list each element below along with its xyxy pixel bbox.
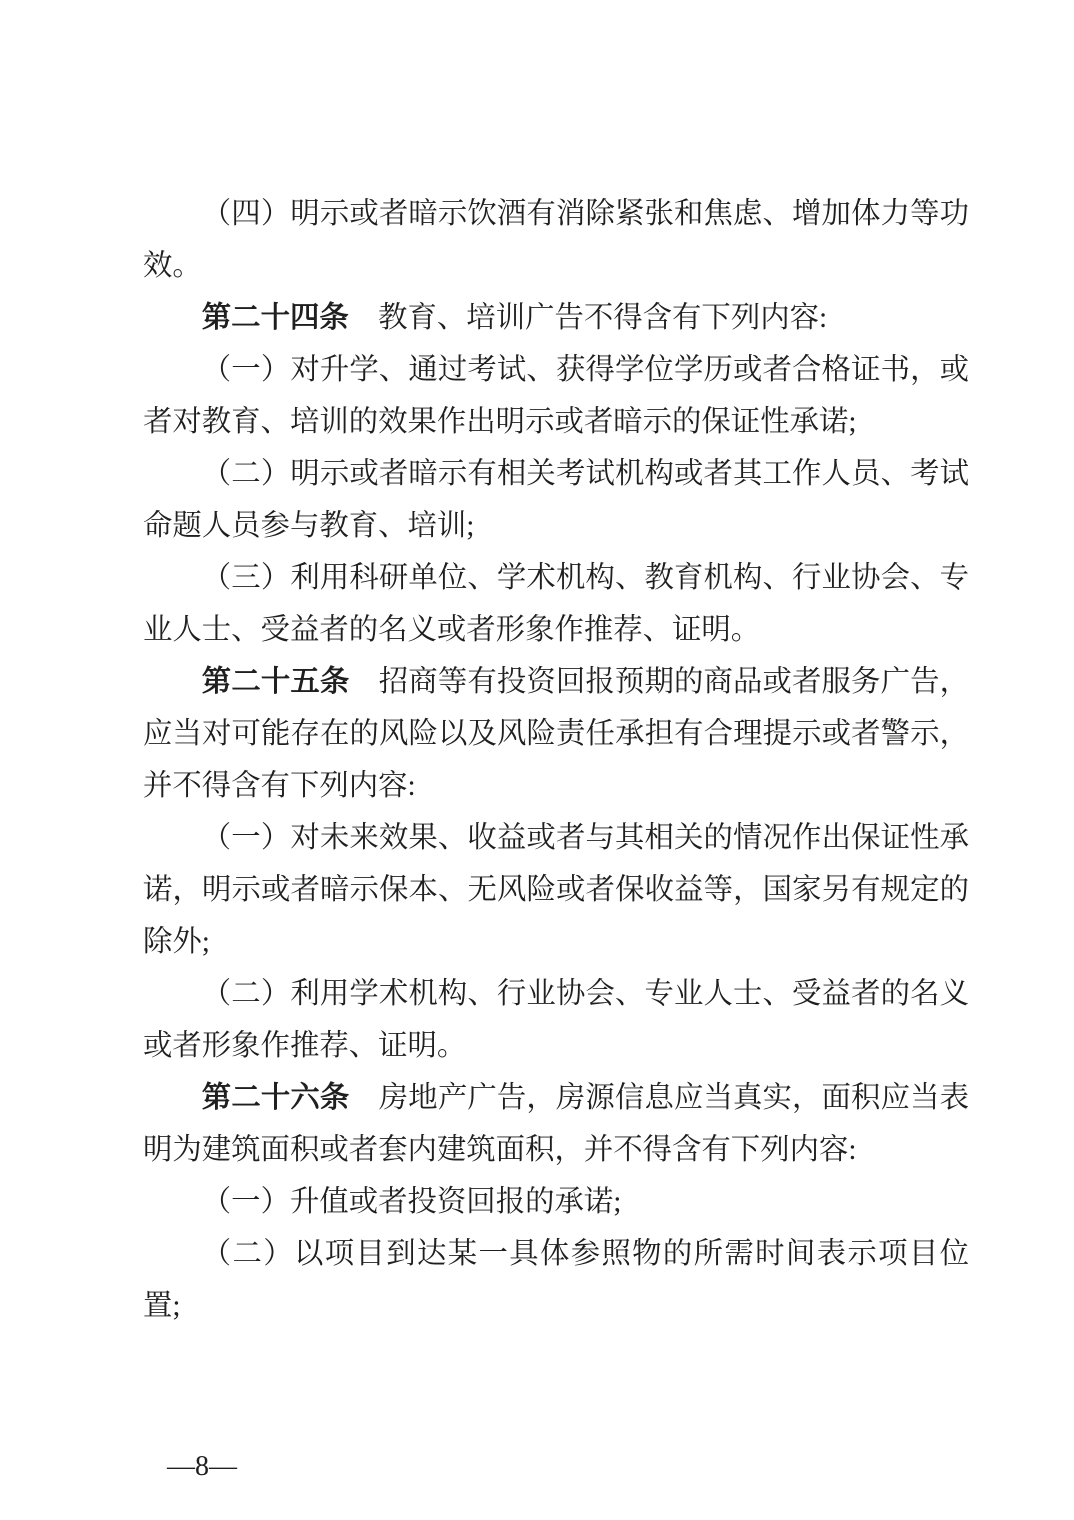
paragraph-text: （一）对升学、通过考试、获得学位学历或者合格证书，或者对教育、培训的效果作出明示… — [143, 354, 969, 438]
paragraph: （三）利用科研单位、学术机构、教育机构、行业协会、专业人士、受益者的名义或者形象… — [143, 552, 969, 656]
paragraph: （一）对未来效果、收益或者与其相关的情况作出保证性承诺，明示或者暗示保本、无风险… — [143, 812, 969, 968]
document-page: （四）明示或者暗示饮酒有消除紧张和焦虑、增加体力等功效。 第二十四条教育、培训广… — [0, 0, 1074, 1520]
paragraph: （二）明示或者暗示有相关考试机构或者其工作人员、考试命题人员参与教育、培训; — [143, 448, 969, 552]
paragraph: 第二十四条教育、培训广告不得含有下列内容: — [143, 292, 969, 344]
paragraph: （一）对升学、通过考试、获得学位学历或者合格证书，或者对教育、培训的效果作出明示… — [143, 344, 969, 448]
paragraph: 第二十六条房地产广告，房源信息应当真实，面积应当表明为建筑面积或者套内建筑面积，… — [143, 1072, 969, 1176]
paragraph-text: （四）明示或者暗示饮酒有消除紧张和焦虑、增加体力等功效。 — [143, 198, 969, 282]
paragraph: （四）明示或者暗示饮酒有消除紧张和焦虑、增加体力等功效。 — [143, 188, 969, 292]
paragraph-text: 教育、培训广告不得含有下列内容: — [378, 302, 827, 334]
page-number: —8— — [167, 1451, 237, 1483]
paragraph: 第二十五条招商等有投资回报预期的商品或者服务广告，应当对可能存在的风险以及风险责… — [143, 656, 969, 812]
paragraph-text: （一）对未来效果、收益或者与其相关的情况作出保证性承诺，明示或者暗示保本、无风险… — [143, 822, 969, 958]
article-number: 第二十五条 — [202, 665, 350, 698]
paragraph: （二）以项目到达某一具体参照物的所需时间表示项目位置; — [143, 1228, 969, 1332]
paragraph-text: （二）以项目到达某一具体参照物的所需时间表示项目位置; — [143, 1238, 969, 1322]
paragraph-text: （一）升值或者投资回报的承诺; — [202, 1186, 622, 1218]
paragraph-text: （三）利用科研单位、学术机构、教育机构、行业协会、专业人士、受益者的名义或者形象… — [143, 562, 969, 646]
paragraph: （二）利用学术机构、行业协会、专业人士、受益者的名义或者形象作推荐、证明。 — [143, 968, 969, 1072]
paragraph-text: （二）明示或者暗示有相关考试机构或者其工作人员、考试命题人员参与教育、培训; — [143, 458, 969, 542]
article-number: 第二十六条 — [202, 1081, 350, 1114]
paragraph: （一）升值或者投资回报的承诺; — [143, 1176, 969, 1228]
paragraph-text: （二）利用学术机构、行业协会、专业人士、受益者的名义或者形象作推荐、证明。 — [143, 978, 969, 1062]
document-body: （四）明示或者暗示饮酒有消除紧张和焦虑、增加体力等功效。 第二十四条教育、培训广… — [143, 188, 969, 1332]
article-number: 第二十四条 — [202, 301, 349, 334]
